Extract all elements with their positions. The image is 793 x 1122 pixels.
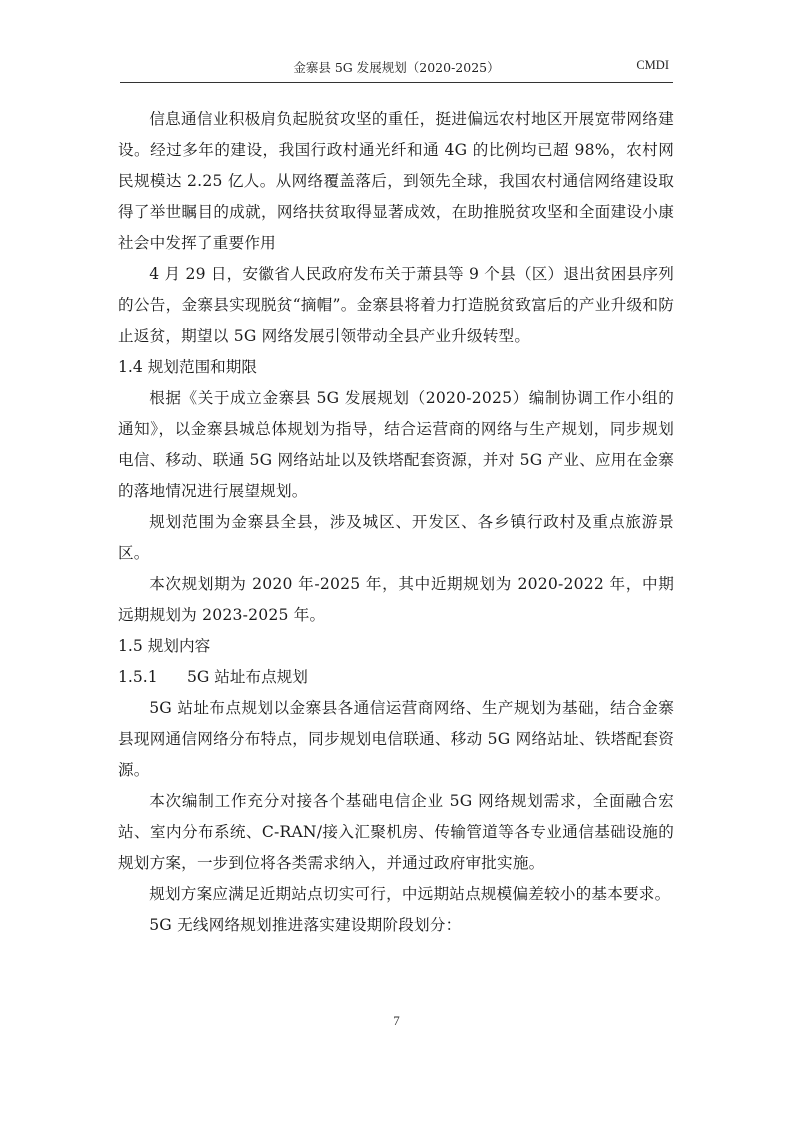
section-title: 规划内容 xyxy=(148,637,210,655)
section-number: 1.5.1 xyxy=(118,662,182,693)
page-body: 信息通信业积极肩负起脱贫攻坚的重任，挺进偏远农村地区开展宽带网络建设。经过多年的… xyxy=(118,104,674,941)
section-number: 1.4 xyxy=(118,352,143,383)
page-header: 金寨县 5G 发展规划（2020-2025） CMDI xyxy=(120,56,673,83)
organization-label: CMDI xyxy=(636,58,669,73)
section-heading-1-5: 1.5 规划内容 xyxy=(118,631,674,662)
section-heading-1-4: 1.4 规划范围和期限 xyxy=(118,352,674,383)
paragraph: 规划范围为金寨县全县，涉及城区、开发区、各乡镇行政村及重点旅游景区。 xyxy=(118,507,674,569)
paragraph: 5G 无线网络规划推进落实建设期阶段划分： xyxy=(118,910,674,941)
page-number: 7 xyxy=(0,1013,793,1029)
document-title: 金寨县 5G 发展规划（2020-2025） xyxy=(120,58,673,76)
paragraph: 规划方案应满足近期站点切实可行，中远期站点规模偏差较小的基本要求。 xyxy=(118,879,674,910)
section-title: 规划范围和期限 xyxy=(148,358,257,376)
paragraph: 4 月 29 日，安徽省人民政府发布关于萧县等 9 个县（区）退出贫困县序列的公… xyxy=(118,259,674,352)
paragraph: 信息通信业积极肩负起脱贫攻坚的重任，挺进偏远农村地区开展宽带网络建设。经过多年的… xyxy=(118,104,674,259)
paragraph: 本次规划期为 2020 年-2025 年，其中近期规划为 2020-2022 年… xyxy=(118,569,674,631)
paragraph: 5G 站址布点规划以金寨县各通信运营商网络、生产规划为基础，结合金寨县现网通信网… xyxy=(118,693,674,786)
section-heading-1-5-1: 1.5.1 5G 站址布点规划 xyxy=(118,662,674,693)
paragraph: 本次编制工作充分对接各个基础电信企业 5G 网络规划需求，全面融合宏站、室内分布… xyxy=(118,786,674,879)
paragraph: 根据《关于成立金寨县 5G 发展规划（2020-2025）编制协调工作小组的通知… xyxy=(118,383,674,507)
section-title: 5G 站址布点规划 xyxy=(187,668,308,686)
section-number: 1.5 xyxy=(118,631,143,662)
